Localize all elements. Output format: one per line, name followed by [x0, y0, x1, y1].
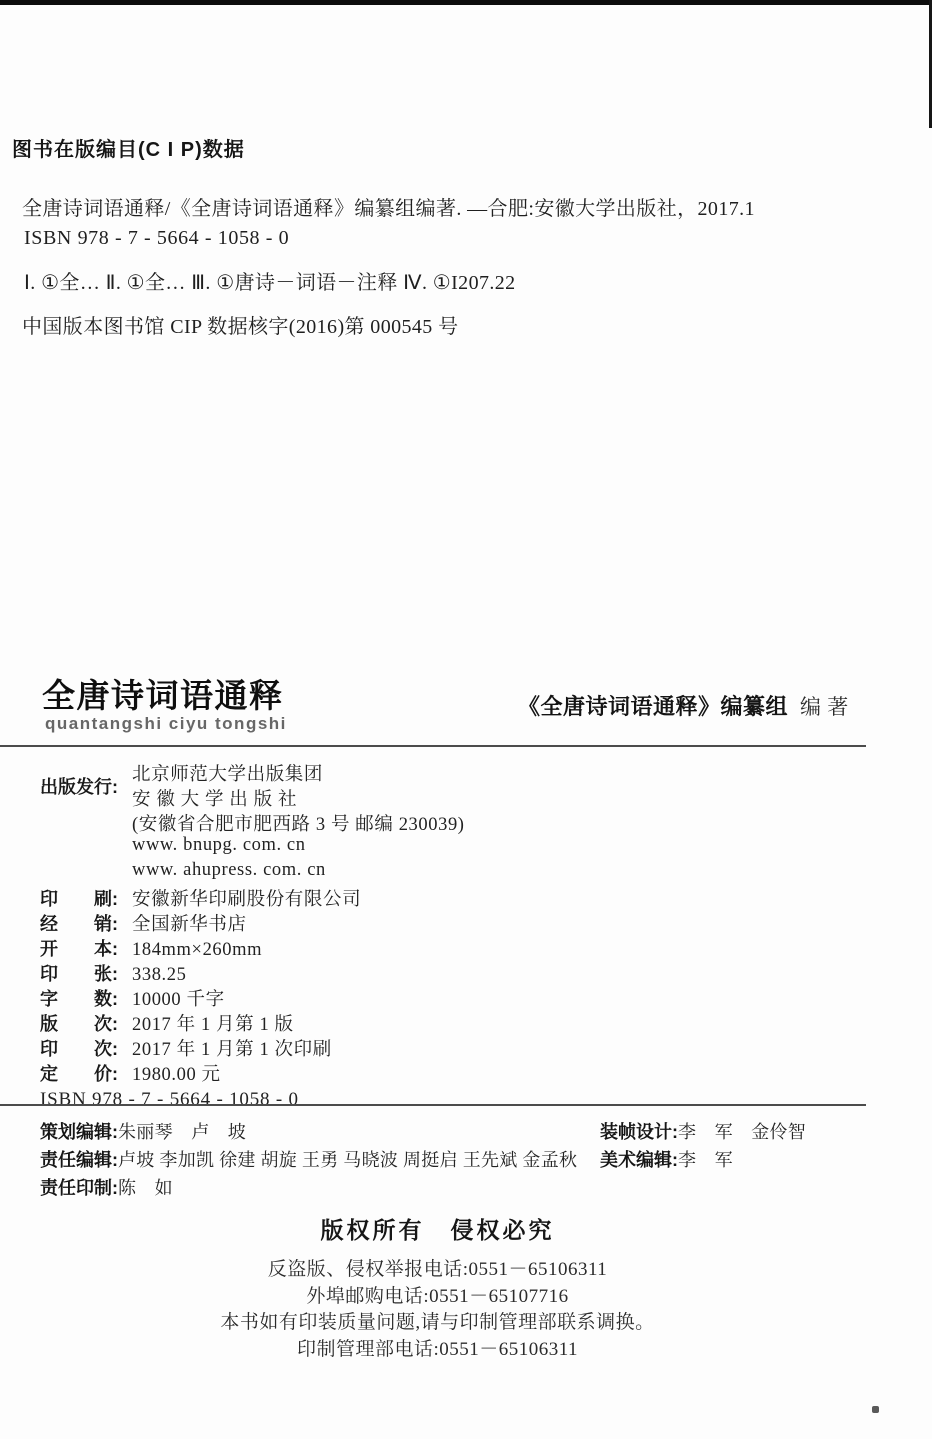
- colophon-row: 印 刷: 安徽新华印刷股份有限公司: [40, 885, 600, 910]
- colophon-label: 定 价:: [40, 1060, 132, 1086]
- editor-row: 美术编辑:李 军: [600, 1146, 932, 1174]
- colophon-label: 印 张:: [40, 960, 132, 986]
- colophon-label: 印 次:: [40, 1035, 132, 1061]
- cip-isbn-line: ISBN 978 - 7 - 5664 - 1058 - 0: [24, 227, 289, 250]
- cip-record-number-line: 中国版本图书馆 CIP 数据核字(2016)第 000545 号: [22, 310, 459, 339]
- colophon-row: 定 价: 1980.00 元: [40, 1060, 600, 1085]
- editor-row: 装帧设计:李 军 金伶智: [600, 1118, 932, 1146]
- book-copyright-page: 图书在版编目(C I P)数据 全唐诗词语通释/《全唐诗词语通释》编纂组编著. …: [0, 0, 932, 1439]
- colophon-row: 印 次: 2017 年 1 月第 1 次印刷: [40, 1035, 600, 1060]
- byline-editor-group: 《全唐诗词语通释》编纂组: [518, 694, 788, 719]
- colophon-row: (安徽省合肥市肥西路 3 号 邮编 230039): [40, 810, 600, 835]
- copyright-notice: 版权所有 侵权必究 反盗版、侵权举报电话:0551－65106311 外埠邮购电…: [0, 1212, 875, 1363]
- colophon-row: www. bnupg. com. cn: [40, 835, 600, 860]
- book-title-pinyin: quantangshi ciyu tongshi: [45, 714, 287, 734]
- colophon-label: 开 本:: [40, 935, 132, 961]
- colophon-value: www. bnupg. com. cn: [132, 835, 306, 856]
- divider-top: [0, 745, 866, 747]
- editor-names: 朱丽琴 卢 坡: [118, 1122, 246, 1142]
- copyright-notice-heading: 版权所有 侵权必究: [0, 1212, 875, 1245]
- editors-right-column: 装帧设计:李 军 金伶智 美术编辑:李 军: [600, 1118, 932, 1174]
- colophon-row: 开 本: 184mm×260mm: [40, 935, 600, 960]
- cip-description-line: 全唐诗词语通释/《全唐诗词语通释》编纂组编著. —合肥:安徽大学出版社，2017…: [22, 192, 755, 221]
- colophon-label: 版 次:: [40, 1010, 132, 1036]
- colophon-label: 出版发行:: [40, 773, 132, 799]
- colophon-value: www. ahupress. com. cn: [132, 860, 326, 881]
- copyright-notice-lines: 反盗版、侵权举报电话:0551－65106311 外埠邮购电话:0551－651…: [0, 1257, 875, 1363]
- editor-label: 装帧设计:: [600, 1122, 678, 1142]
- colophon-label: 印 刷:: [40, 885, 132, 911]
- colophon-value: 2017 年 1 月第 1 版: [132, 1010, 294, 1036]
- colophon-row: 经 销: 全国新华书店: [40, 910, 600, 935]
- colophon-value: 2017 年 1 月第 1 次印刷: [132, 1035, 332, 1061]
- colophon-label: 字 数:: [40, 985, 132, 1011]
- colophon-row: 字 数: 10000 千字: [40, 985, 600, 1010]
- editor-label: 美术编辑:: [600, 1150, 678, 1170]
- colophon-value: 10000 千字: [132, 985, 225, 1011]
- notice-line: 印制管理部电话:0551－65106311: [0, 1337, 875, 1364]
- colophon-value: 安徽新华印刷股份有限公司: [132, 885, 361, 911]
- colophon-value: 338.25: [132, 965, 186, 986]
- colophon-row: 版 次: 2017 年 1 月第 1 版: [40, 1010, 600, 1035]
- notice-line: 本书如有印装质量问题,请与印制管理部联系调换。: [0, 1310, 875, 1337]
- editor-names: 李 军 金伶智: [678, 1122, 806, 1142]
- colophon-value: 184mm×260mm: [132, 940, 262, 961]
- editor-row: 责任印制:陈 如: [40, 1174, 900, 1202]
- editor-label: 责任印制:: [40, 1178, 118, 1198]
- cip-header: 图书在版编目(C I P)数据: [12, 133, 245, 162]
- notice-line: 反盗版、侵权举报电话:0551－65106311: [0, 1257, 875, 1284]
- editor-names: 李 军: [678, 1150, 733, 1170]
- scan-speck-artifact: [872, 1406, 879, 1413]
- colophon-value: 1980.00 元: [132, 1060, 221, 1086]
- colophon: 出版发行: 北京师范大学出版集团 安 徽 大 学 出 版 社 (安徽省合肥市肥西…: [40, 760, 600, 1111]
- colophon-value: 全国新华书店: [132, 910, 247, 936]
- colophon-isbn-line: ISBN 978 - 7 - 5664 - 1058 - 0: [40, 1089, 600, 1111]
- editor-label: 责任编辑:: [40, 1150, 118, 1170]
- divider-bottom: [0, 1104, 866, 1106]
- colophon-row: 出版发行: 北京师范大学出版集团: [40, 760, 600, 785]
- colophon-value: 北京师范大学出版集团: [132, 760, 323, 786]
- notice-line: 外埠邮购电话:0551－65107716: [0, 1284, 875, 1311]
- cip-classification-line: Ⅰ. ①全… Ⅱ. ①全… Ⅲ. ①唐诗－词语－注释 Ⅳ. ①I207.22: [24, 266, 516, 295]
- byline: 《全唐诗词语通释》编纂组编 著: [518, 690, 849, 721]
- byline-role: 编 著: [800, 695, 849, 719]
- editor-label: 策划编辑:: [40, 1122, 118, 1142]
- scan-top-edge-artifact: [0, 0, 932, 5]
- book-title: 全唐诗词语通释: [42, 670, 284, 717]
- colophon-row: 印 张: 338.25: [40, 960, 600, 985]
- colophon-row: www. ahupress. com. cn: [40, 860, 600, 885]
- colophon-label: 经 销:: [40, 910, 132, 936]
- editor-names: 陈 如: [118, 1178, 173, 1198]
- editor-names: 卢坡 李加凯 徐建 胡旋 王勇 马晓波 周挺启 王先斌 金孟秋: [118, 1150, 577, 1170]
- colophon-value: (安徽省合肥市肥西路 3 号 邮编 230039): [132, 810, 465, 836]
- colophon-value: 安 徽 大 学 出 版 社: [132, 785, 297, 811]
